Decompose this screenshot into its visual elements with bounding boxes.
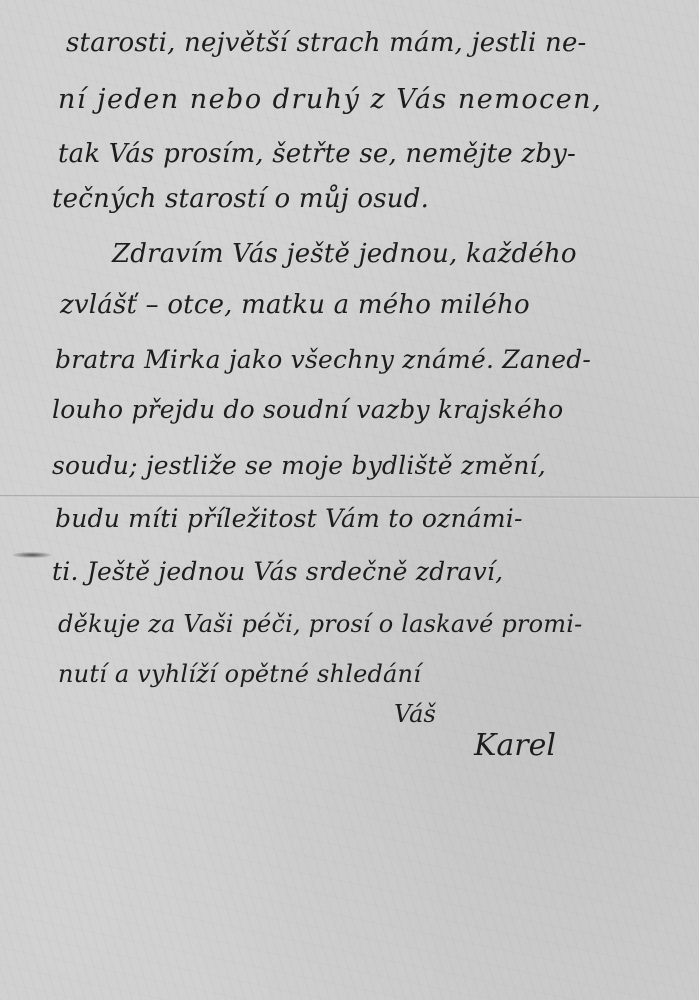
letter-line-7: bratra Mirka jako všechny známé. Zaned- [55,345,591,374]
letter-line-1: starosti, největší strach mám, jestli ne… [66,28,587,58]
letter-line-2: ní jeden nebo druhý z Vás nemocen, [58,84,602,115]
letter-line-13: nutí a vyhlíží opětné shledání [58,660,421,688]
letter-line-11: ti. Ještě jednou Vás srdečně zdraví, [52,557,503,586]
letter-line-10: budu míti příležitost Vám to oznámi- [55,504,523,533]
letter-line-9: soudu; jestliže se moje bydliště změní, [52,451,546,480]
letter-line-8: louho přejdu do soudní vazby krajského [52,395,563,424]
letter-line-5: Zdravím Vás ještě jednou, každého [112,239,577,269]
letter-line-4: tečných starostí o můj osud. [52,184,429,214]
letter-page: starosti, největší strach mám, jestli ne… [0,0,699,1000]
letter-line-3: tak Vás prosím, šetřte se, nemějte zby- [58,139,576,169]
ink-smudge [12,552,52,558]
letter-line-12: děkuje za Vaši péči, prosí o laskavé pro… [58,610,582,638]
letter-line-6: zvlášť – otce, matku a mého milého [60,290,530,320]
paper-fold-line [0,495,699,499]
letter-closing: Váš [394,700,436,728]
letter-signature: Karel [474,728,556,763]
